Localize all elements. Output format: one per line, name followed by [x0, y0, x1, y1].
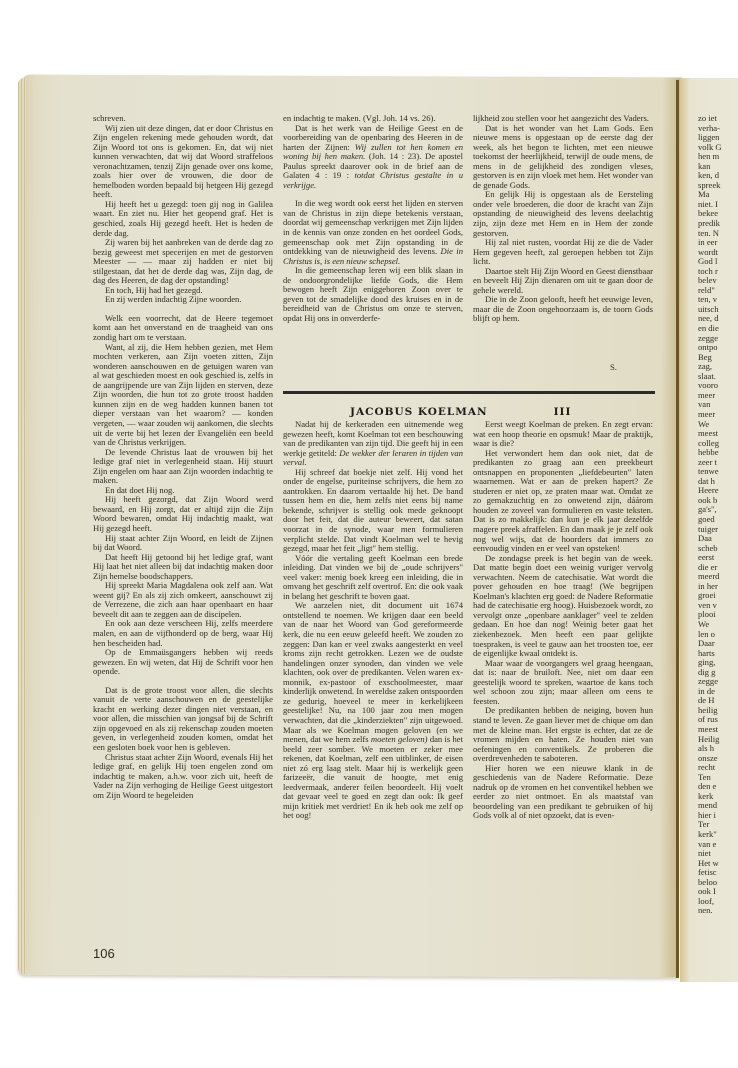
paragraph: Hier horen we een nieuwe klank in de ges…	[473, 764, 653, 821]
facing-page-text: zo ietverha-liggenvolk Ghen mkanken, dsp…	[698, 114, 738, 916]
paragraph: Het verwondert hem dan ook niet, dat de …	[473, 449, 653, 554]
paragraph: Hij schreef dat boekje niet zelf. Hij vo…	[283, 468, 463, 554]
paragraph: De zondagse preek is het begin van de we…	[473, 554, 653, 659]
page-number: 106	[93, 946, 115, 961]
paragraph: De predikanten hebben de neiging, boven …	[473, 706, 653, 763]
paragraph: In die gemeenschap leren wij een blik sl…	[283, 266, 463, 323]
paragraph: Dat is de grote troost voor allen, die s…	[93, 686, 273, 753]
paragraph: Hij zal niet rusten, voordat Hij ze die …	[473, 238, 653, 267]
paragraph: Dat is het werk van de Heilige Geest en …	[283, 124, 463, 191]
book-spine	[676, 80, 679, 978]
paragraph: In die weg wordt ook eerst het lijden en…	[283, 199, 463, 266]
column-1: schreven.Wij zien uit deze dingen, dat e…	[93, 114, 273, 800]
paragraph: Wij zien uit deze dingen, dat er door Ch…	[93, 124, 273, 200]
paragraph: Hij staat achter Zijn Woord, en leidt de…	[93, 534, 273, 553]
section-number: III	[554, 406, 572, 418]
paragraph: Vóór die vertaling geeft Koelman een bre…	[283, 554, 463, 602]
paragraph: Op de Emmaüsgangers hebben wij reeds gew…	[93, 648, 273, 677]
paragraph: Hij heeft gezorgd, dat Zijn Woord werd b…	[93, 495, 273, 533]
column-5: Eerst weegt Koelman de preken. En zegt e…	[473, 420, 653, 821]
paragraph: Hij heeft het u gezegd: toen gij nog in …	[93, 200, 273, 238]
paragraph: Want, al zij, die Hem hebben gezien, met…	[93, 343, 273, 448]
section-title: JACOBUS KOELMAN	[350, 406, 488, 418]
paragraph: De levende Christus laat de vrouwen bij …	[93, 448, 273, 486]
paragraph: Maar waar de voorgangers wel graag heeng…	[473, 659, 653, 707]
article-signature: S.	[610, 362, 617, 372]
paragraph: Christus staat achter Zijn Woord, evenal…	[93, 753, 273, 801]
paragraph: Dat is het wonder van het Lam Gods. Een …	[473, 124, 653, 191]
paragraph: Hij spreekt Maria Magdalena ook zelf aan…	[93, 581, 273, 619]
paragraph: Die in de Zoon gelooft, heeft het eeuwig…	[473, 295, 653, 324]
section-heading: JACOBUS KOELMANIII	[350, 406, 571, 418]
column-4: Nadat hij de kerkeraden een uitnemende w…	[283, 420, 463, 821]
column-3: lijkheid zou stellen voor het aangezicht…	[473, 114, 653, 324]
paragraph: Nadat hij de kerkeraden een uitnemende w…	[283, 420, 463, 468]
page-edges	[18, 78, 26, 974]
paragraph: En gelijk Hij is opgestaan als de Eerste…	[473, 190, 653, 238]
section-divider	[283, 391, 655, 394]
paragraph: En ook aan deze verscheen Hij, zelfs mee…	[93, 619, 273, 648]
paragraph: Eerst weegt Koelman de preken. En zegt e…	[473, 420, 653, 449]
paragraph: We aarzelen niet, dit document uit 1674 …	[283, 601, 463, 821]
paragraph: Welk een voorrecht, dat de Heere tegemoe…	[93, 314, 273, 343]
paragraph: Dat heeft Hij getoond bij het ledige gra…	[93, 553, 273, 582]
text-fragment: nen.	[698, 906, 738, 916]
paragraph: Daartoe stelt Hij Zijn Woord en Geest di…	[473, 267, 653, 296]
paragraph: Zij waren bij het aanbreken van de derde…	[93, 238, 273, 286]
paragraph: En zij werden indachtig Zijne woorden.	[93, 295, 273, 305]
column-2: en indachtig te maken. (Vgl. Joh. 14 vs.…	[283, 114, 463, 323]
